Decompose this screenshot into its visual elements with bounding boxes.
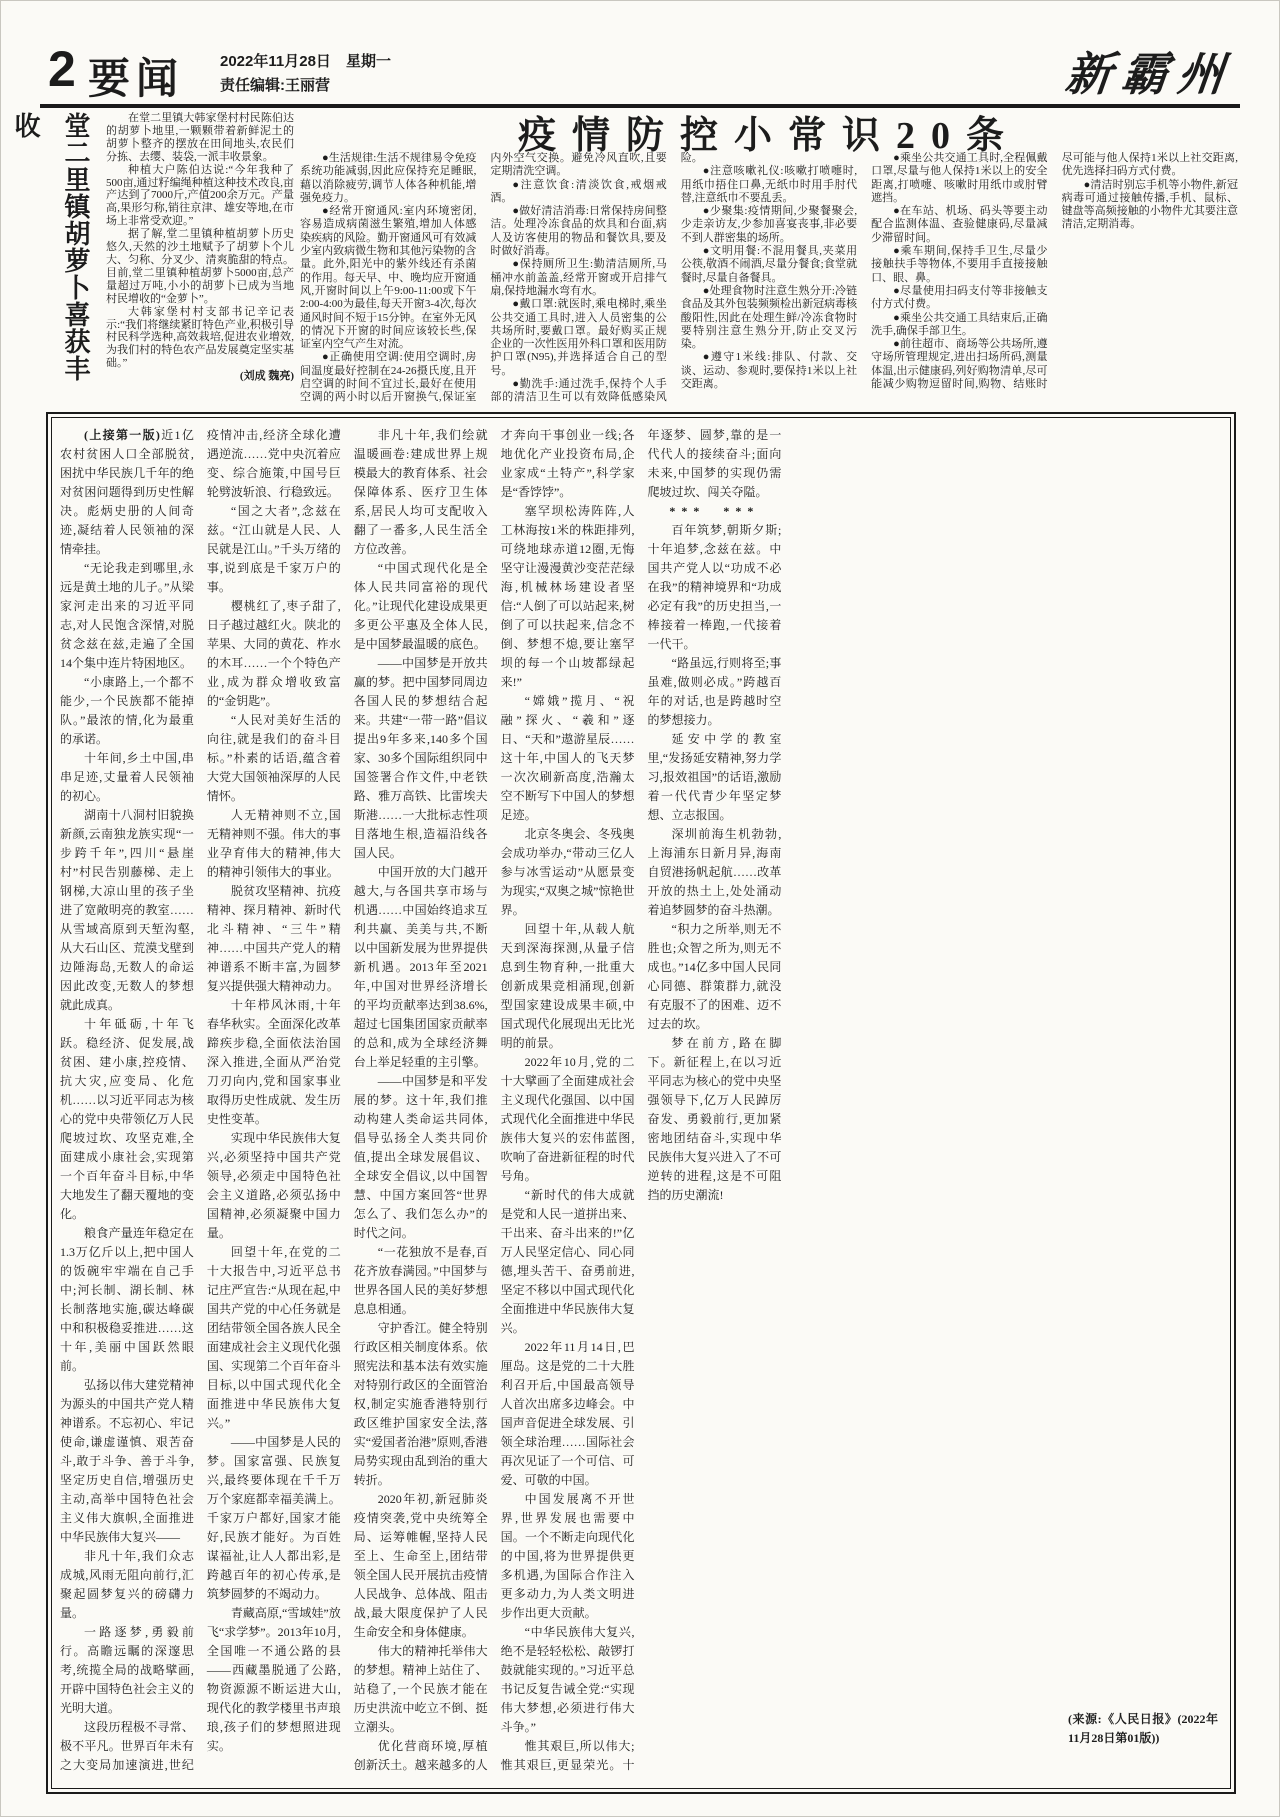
paragraph: ●戴口罩:就医时,乘电梯时,乘坐公共交通工具时,进入人员密集的公共场所时,要戴口… xyxy=(490,298,666,378)
paragraph: 十年间,乡土中国,串串足迹,丈量着人民领袖的初心。 xyxy=(60,749,194,806)
paragraph: “小康路上,一个都不能少,一个民族都不能掉队。”最浓的情,化为最重的承诺。 xyxy=(60,673,194,749)
section-title: 要闻 xyxy=(88,46,184,106)
paragraph: “嫦娥”揽月、“祝融”探火、“羲和”逐日、“天和”遨游星辰……这十年,中国人的飞… xyxy=(501,692,635,825)
paragraph: ——中国梦是开放共赢的梦。把中国梦同周边各国人民的梦想结合起来。共建“一带一路”… xyxy=(354,654,488,863)
paragraph: “中国式现代化是全体人民共同富裕的现代化。”让现代化建设成果更多更公平惠及全体人… xyxy=(354,559,488,654)
paragraph: “路虽远,行则将至;事虽难,做则必成。”跨越百年的对话,也是跨越时空的梦想接力。 xyxy=(648,654,782,730)
paragraph: 回望十年,从载人航天到深海探测,从量子信息到生物育种,一批重大创新成果竞相涌现,… xyxy=(501,920,635,1053)
paragraph: 非凡十年,我们众志成城,风雨无阻向前行,汇聚起圆梦复兴的磅礴力量。 xyxy=(60,1547,194,1623)
page-header: 2 要闻 2022年11月28日 星期一 责任编辑:王丽营 新霸州 xyxy=(40,38,1240,102)
paragraph: ●在车站、机场、码头等要主动配合监测体温、查验健康码,尽量减少滞留时间。 xyxy=(871,205,1047,245)
main-article-box: (上接第一版)近1亿农村贫困人口全部脱贫,困扰中华民族几千年的绝对贫困问题得到历… xyxy=(46,412,1236,1794)
paragraph: ●注意饮食:清淡饮食,戒烟戒酒。 xyxy=(490,179,666,206)
carrot-article-byline: (刘成 魏亮) xyxy=(106,370,294,383)
paragraph: 大韩家堡村村支部书记辛记表示:“我们将继续紧盯特色产业,积极引导村民科学选种,高… xyxy=(106,306,294,371)
paragraph: 一路逐梦,勇毅前行。高瞻远瞩的深邃思考,统揽全局的战略擘画,开辟中国特色社会主义… xyxy=(60,1623,194,1718)
masthead-logo: 新霸州 xyxy=(1063,38,1238,104)
paragraph: ●保持厕所卫生:勤清洁厕所,马桶冲水前盖盖,经常开窗或开启排气扇,保持地漏水弯有… xyxy=(490,258,666,298)
paragraph: ●遵守1米线:排队、付款、交谈、运动、参观时,要保持1米以上社交距离。 xyxy=(681,351,857,391)
paragraph: ●清洁时别忘手机等小物件,新冠病毒可通过接触传播,手机、鼠标、键盘等高频接触的小… xyxy=(1062,179,1238,232)
paragraph: ——中国梦是人民的梦。国家富强、民族复兴,最终要体现在千千万万个家庭都幸福美满上… xyxy=(207,1433,341,1604)
paragraph: *** *** xyxy=(648,502,782,521)
source-citation: (来源:《人民日报》(2022年11月28日第01版)) xyxy=(1068,1710,1218,1748)
editor-line: 责任编辑:王丽营 xyxy=(220,74,391,98)
paragraph: 在堂二里镇大韩家堡村村民陈伯达的胡萝卜地里,一颗颗带着新鲜泥土的胡萝卜整齐的摆放… xyxy=(106,112,294,164)
paragraph: 湖南十八洞村旧貌换新颜,云南独龙族实现“一步跨千年”,四川“悬崖村”村民告别藤梯… xyxy=(60,806,194,1015)
paragraph: 人无精神则不立,国无精神则不强。伟大的事业孕育伟大的精神,伟大的精神引领伟大的事… xyxy=(207,806,341,882)
paragraph: “无论我走到哪里,永远是黄土地的儿子。”从梁家河走出来的习近平同志,对人民饱含深… xyxy=(60,559,194,673)
newspaper-page: { "page": { "number": "2", "section": "要… xyxy=(0,0,1280,1817)
carrot-article-body: 在堂二里镇大韩家堡村村民陈伯达的胡萝卜地里,一颗颗带着新鲜泥土的胡萝卜整齐的摆放… xyxy=(106,112,294,408)
paragraph: 十年砥砺,十年飞跃。稳经济、促发展,战贫困、建小康,控疫情、抗大灾,应变局、化危… xyxy=(60,1015,194,1224)
paragraph: ——中国梦是和平发展的梦。这十年,我们推动构建人类命运共同体,倡导弘扬全人类共同… xyxy=(354,1072,488,1243)
paragraph: ●经常开窗通风:室内环境密闭,容易造成病菌滋生繁殖,增加人体感染疾病的风险。勤开… xyxy=(300,205,476,351)
paragraph: 樱桃红了,枣子甜了,日子越过越红火。陕北的苹果、大同的黄花、柞水的木耳……一个个… xyxy=(207,597,341,711)
paragraph: 塞罕坝松涛阵阵,人工林海按1米的株距排列,可绕地球赤道12圈,无悔坚守让漫漫黄沙… xyxy=(501,502,635,692)
paragraph: ●尽量使用扫码支付等非接触支付方式付费。 xyxy=(871,285,1047,312)
paragraph: ●乘坐公共交通工具结束后,正确洗手,确保手部卫生。 xyxy=(871,312,1047,339)
date-line: 2022年11月28日 星期一 xyxy=(220,50,391,74)
paragraph: 伟大的精神托举伟大的梦想。精神上站住了、站稳了,一个民族才能在历史洪流中屹立不倒… xyxy=(354,1642,488,1737)
paragraph: ●少聚集:疫情期间,少聚餐聚会,少走亲访友,少参加喜宴丧事,非必要不到人群密集的… xyxy=(681,205,857,245)
paragraph: ●乘坐公共交通工具时,全程佩戴口罩,尽量与他人保持1米以上的安全距离,打喷嚏、咳… xyxy=(871,152,1047,205)
paragraph: 中国开放的大门越开越大,与各国共享市场与机遇……中国始终追求互利共赢、美美与共,… xyxy=(354,863,488,1072)
paragraph: “人民对美好生活的向往,就是我们的奋斗目标。”朴素的话语,蕴含着大党大国领袖深厚… xyxy=(207,711,341,806)
paragraph: 守护香江。健全特别行政区相关制度体系。依照宪法和基本法有效实施对特别行政区的全面… xyxy=(354,1319,488,1490)
paragraph: “中华民族伟大复兴,绝不是轻轻松松、敲锣打鼓就能实现的。”习近平总书记反复告诫全… xyxy=(501,1623,635,1737)
paragraph: 梦在前方,路在脚下。新征程上,在以习近平同志为核心的党中央坚强领导下,亿万人民踔… xyxy=(648,1034,782,1205)
paragraph: ●做好清洁消毒:日常保持房间整洁。处理冷冻食品的炊具和台面,病人及访客使用的物品… xyxy=(490,205,666,258)
paragraph: 2022年10月,党的二十大擘画了全面建成社会主义现代化强国、以中国式现代化全面… xyxy=(501,1053,635,1186)
carrot-article-headline: 堂二里镇胡萝卜喜获丰收 xyxy=(50,112,100,408)
continued-from-label: (上接第一版) xyxy=(84,428,160,442)
page-number: 2 xyxy=(48,40,78,98)
paragraph: 回望十年,在党的二十大报告中,习近平总书记庄严宣告:“从现在起,中国共产党的中心… xyxy=(207,1243,341,1433)
paragraph: 2022年11月14日,巴厘岛。这是党的二十大胜利召开后,中国最高领导人首次出席… xyxy=(501,1338,635,1490)
paragraph: ●乘车期间,保持手卫生,尽量少接触扶手等物体,不要用手直接接触口、眼、鼻。 xyxy=(871,245,1047,285)
paragraph: “积力之所举,则无不胜也;众智之所为,则无不成也。”14亿多中国人民同心同德、群… xyxy=(648,920,782,1034)
paragraph: 实现中华民族伟大复兴,必须坚持中国共产党领导,必须走中国特色社会主义道路,必须弘… xyxy=(207,1129,341,1243)
paragraph: 延安中学的教室里,“发扬延安精神,努力学习,报效祖国”的话语,激励着一代代青少年… xyxy=(648,730,782,825)
paragraph: 种植大户陈伯达说:“今年我种了500亩,通过籽编绳种植这种技术改良,亩产达到了7… xyxy=(106,164,294,229)
paragraph: 百年筑梦,朝斯夕斯;十年追梦,念兹在兹。中国共产党人以“功成不必在我”的精神境界… xyxy=(648,521,782,654)
paragraph: 中国发展离不开世界,世界发展也需要中国。一个不断走向现代化的中国,将为世界提供更… xyxy=(501,1490,635,1623)
paragraph: 脱贫攻坚精神、抗疫精神、探月精神、新时代北斗精神、“三牛”精神……中国共产党人的… xyxy=(207,882,341,996)
paragraph: “一花独放不是春,百花齐放春满园。”中国梦与世界各国人民的美好梦想息息相通。 xyxy=(354,1243,488,1319)
paragraph: ●处理食物时注意生熟分开:冷链食品及其外包装频频检出新冠病毒核酸阳性,因此在处理… xyxy=(681,285,857,351)
paragraph: 深圳前海生机勃勃,上海浦东日新月异,海南自贸港扬帆起航……改革开放的热土上,处处… xyxy=(648,825,782,920)
paragraph: 2020年初,新冠肺炎疫情突袭,党中央统筹全局、运筹帷幄,坚持人民至上、生命至上… xyxy=(354,1490,488,1642)
paragraph: 青藏高原,“雪域娃”放飞“求学梦”。2013年10月,全国唯一不通公路的县——西… xyxy=(207,1604,341,1756)
paragraph: 十年栉风沐雨,十年春华秋实。全面深化改革蹄疾步稳,全面依法治国深入推进,全面从严… xyxy=(207,996,341,1129)
paragraph: ●生活规律:生活不规律易令免疫系统功能减弱,因此应保持充足睡眠,藉以消除疲劳,调… xyxy=(300,152,476,205)
main-article-columns: (上接第一版)近1亿农村贫困人口全部脱贫,困扰中华民族几千年的绝对贫困问题得到历… xyxy=(60,426,1222,1780)
date-editor-block: 2022年11月28日 星期一 责任编辑:王丽营 xyxy=(220,50,391,98)
paragraph: ●注意咳嗽礼仪:咳嗽打喷嚏时,用纸巾捂住口鼻,无纸巾时用手肘代替,注意纸巾不要乱… xyxy=(681,165,857,205)
main-article-first-paragraph: (上接第一版)近1亿农村贫困人口全部脱贫,困扰中华民族几千年的绝对贫困问题得到历… xyxy=(60,426,194,559)
paragraph: 非凡十年,我们绘就温暖画卷:建成世界上规模最大的教育体系、社会保障体系、医疗卫生… xyxy=(354,426,488,559)
paragraph: “新时代的伟大成就是党和人民一道拼出来、干出来、奋斗出来的!”亿万人民坚定信心、… xyxy=(501,1186,635,1338)
paragraph: “国之大者”,念兹在兹。“江山就是人民、人民就是江山。”千头万绪的事,说到底是千… xyxy=(207,502,341,597)
paragraph: 北京冬奥会、冬残奥会成功举办,“带动三亿人参与冰雪运动”从愿景变为现实,“双奥之… xyxy=(501,825,635,920)
paragraph: 粮食产量连年稳定在1.3万亿斤以上,把中国人的饭碗牢牢端在自己手中;河长制、湖长… xyxy=(60,1224,194,1376)
tips-article-body: ●生活规律:生活不规律易令免疫系统功能减弱,因此应保持充足睡眠,藉以消除疲劳,调… xyxy=(300,152,1238,408)
paragraph: ●文明用餐:不混用餐具,夹菜用公筷,敬酒不闹酒,尽量分餐食;食堂就餐时,尽量自备… xyxy=(681,245,857,285)
paragraph: 弘扬以伟大建党精神为源头的中国共产党人精神谱系。不忘初心、牢记使命,谦虚谨慎、艰… xyxy=(60,1376,194,1547)
tips-article-headline: 疫情防控小常识20条 xyxy=(300,104,1238,150)
paragraph: 据了解,堂二里镇种植胡萝卜历史悠久,天然的沙土地赋予了胡萝卜个儿大、匀称、分叉少… xyxy=(106,228,294,305)
